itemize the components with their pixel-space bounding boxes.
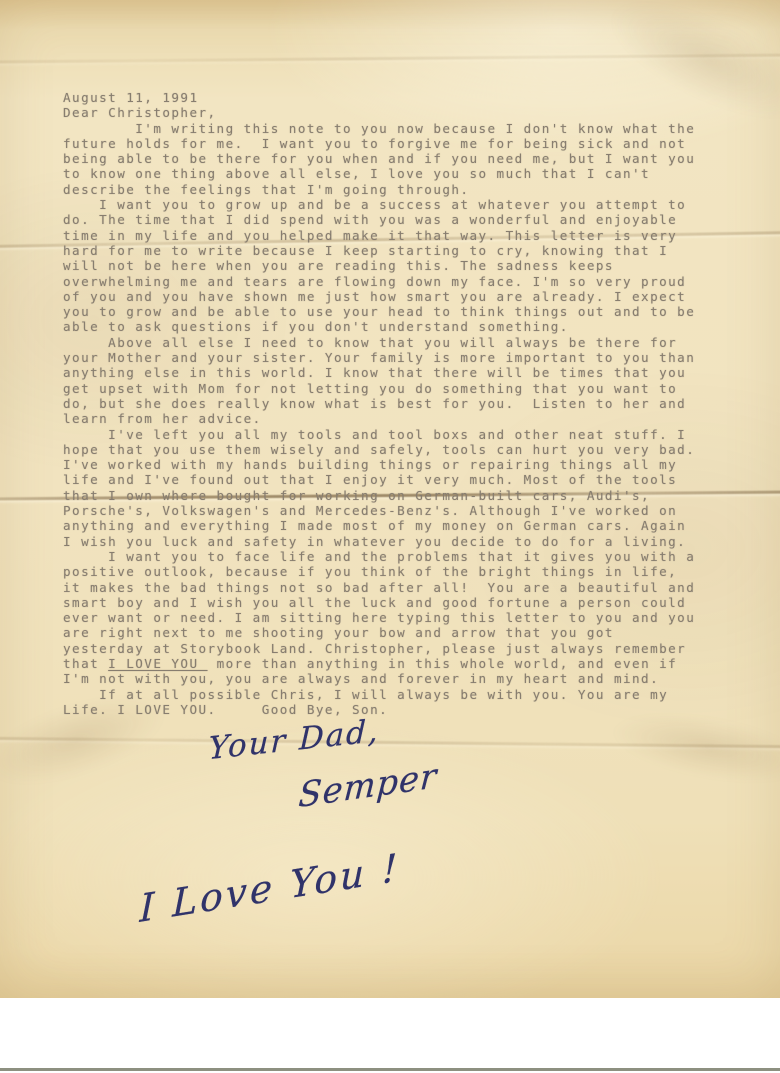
underlined-i-love-you: I LOVE YOU xyxy=(108,656,207,671)
handwritten-signature: Semper xyxy=(297,756,438,816)
scan-white-strip xyxy=(0,998,780,1073)
letter-paper: August 11, 1991 Dear Christopher, I'm wr… xyxy=(0,0,780,999)
typed-letter-text: August 11, 1991 Dear Christopher, I'm wr… xyxy=(63,90,695,717)
scanner-edge-line xyxy=(0,1068,780,1071)
handwritten-closing: Your Dad, xyxy=(208,713,380,767)
letter-scan: August 11, 1991 Dear Christopher, I'm wr… xyxy=(0,0,780,1073)
letter-text-before-underline: August 11, 1991 Dear Christopher, I'm wr… xyxy=(63,90,695,671)
handwritten-postscript: I Love You ! xyxy=(139,845,400,931)
